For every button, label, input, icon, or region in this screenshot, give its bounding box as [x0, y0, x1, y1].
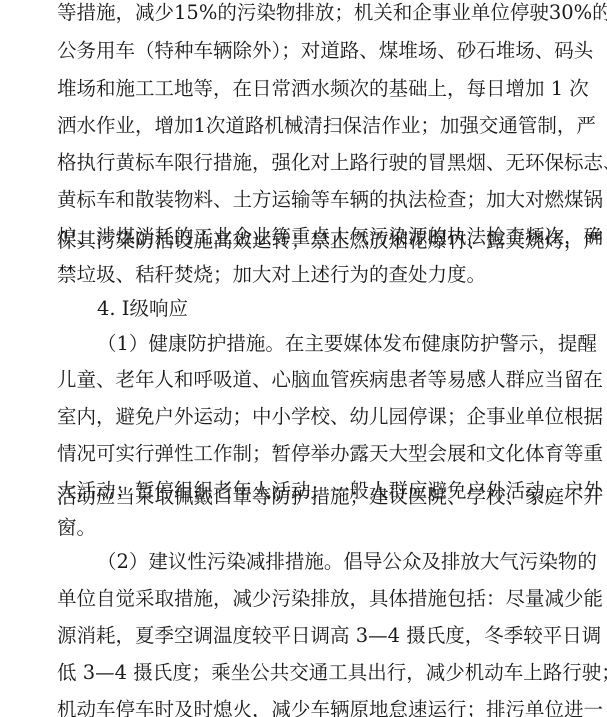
text-line: 单位自觉采取措施，减少污染排放，具体措施包括：尽量减少能: [57, 586, 551, 612]
section-heading-level-1-response: 4. Ⅰ级响应: [97, 296, 188, 322]
text-line: 黄标车和散装物料、土方运输等车辆的执法检查；加大对燃煤锅: [57, 187, 551, 213]
text-line: 情况可实行弹性工作制；暂停举办露天大型会展和文化体育等重: [57, 441, 551, 467]
text-line: 公务用车（特种车辆除外）；对道路、煤堆场、砂石堆场、码头: [57, 38, 551, 64]
text-line: 室内，避免户外运动；中小学校、幼儿园停课；企事业单位根据: [57, 404, 551, 430]
text-line-paragraph-end: 窗。: [57, 515, 551, 541]
text-line: 堆场和施工工地等，在日常洒水频次的基础上，每日增加 1 次: [57, 76, 551, 102]
text-line: 洒水作业，增加1次道路机械清扫保洁作业；加强交通管制，严: [57, 113, 551, 139]
text-line: 等措施，减少15%的污染物排放；机关和企事业单位停驶30%的: [57, 0, 551, 26]
paragraph-emission-reduction-start: （2）建议性污染减排措施。倡导公众及排放大气污染物的: [97, 549, 551, 575]
paragraph-health-protection-start: （1）健康防护措施。在主要媒体发布健康防护警示，提醒: [97, 331, 551, 357]
text-line: 源消耗，夏季空调温度较平日调高 3—4 摄氏度，冬季较平日调: [57, 623, 551, 649]
text-line: 保其污染防治设施高效运转；禁止燃放烟花爆竹、露天烧烤，严: [57, 228, 551, 254]
document-page: 等措施，减少15%的污染物排放；机关和企事业单位停驶30%的 公务用车（特种车辆…: [0, 0, 607, 717]
text-line: 机动车停车时及时熄火，减少车辆原地怠速运行；排污单位进一: [57, 697, 551, 717]
text-line: 低 3—4 摄氏度；乘坐公共交通工具出行，减少机动车上路行驶；: [57, 660, 551, 686]
text-line: 格执行黄标车限行措施，强化对上路行驶的冒黑烟、无环保标志、: [57, 150, 551, 176]
text-line: 活动应当采取佩戴口罩等防护措施；建议医院、学校、家庭不开: [57, 484, 551, 510]
text-line-paragraph-end: 禁垃圾、秸秆焚烧；加大对上述行为的查处力度。: [57, 262, 551, 288]
text-line: 儿童、老年人和呼吸道、心脑血管疾病患者等易感人群应当留在: [57, 367, 551, 393]
